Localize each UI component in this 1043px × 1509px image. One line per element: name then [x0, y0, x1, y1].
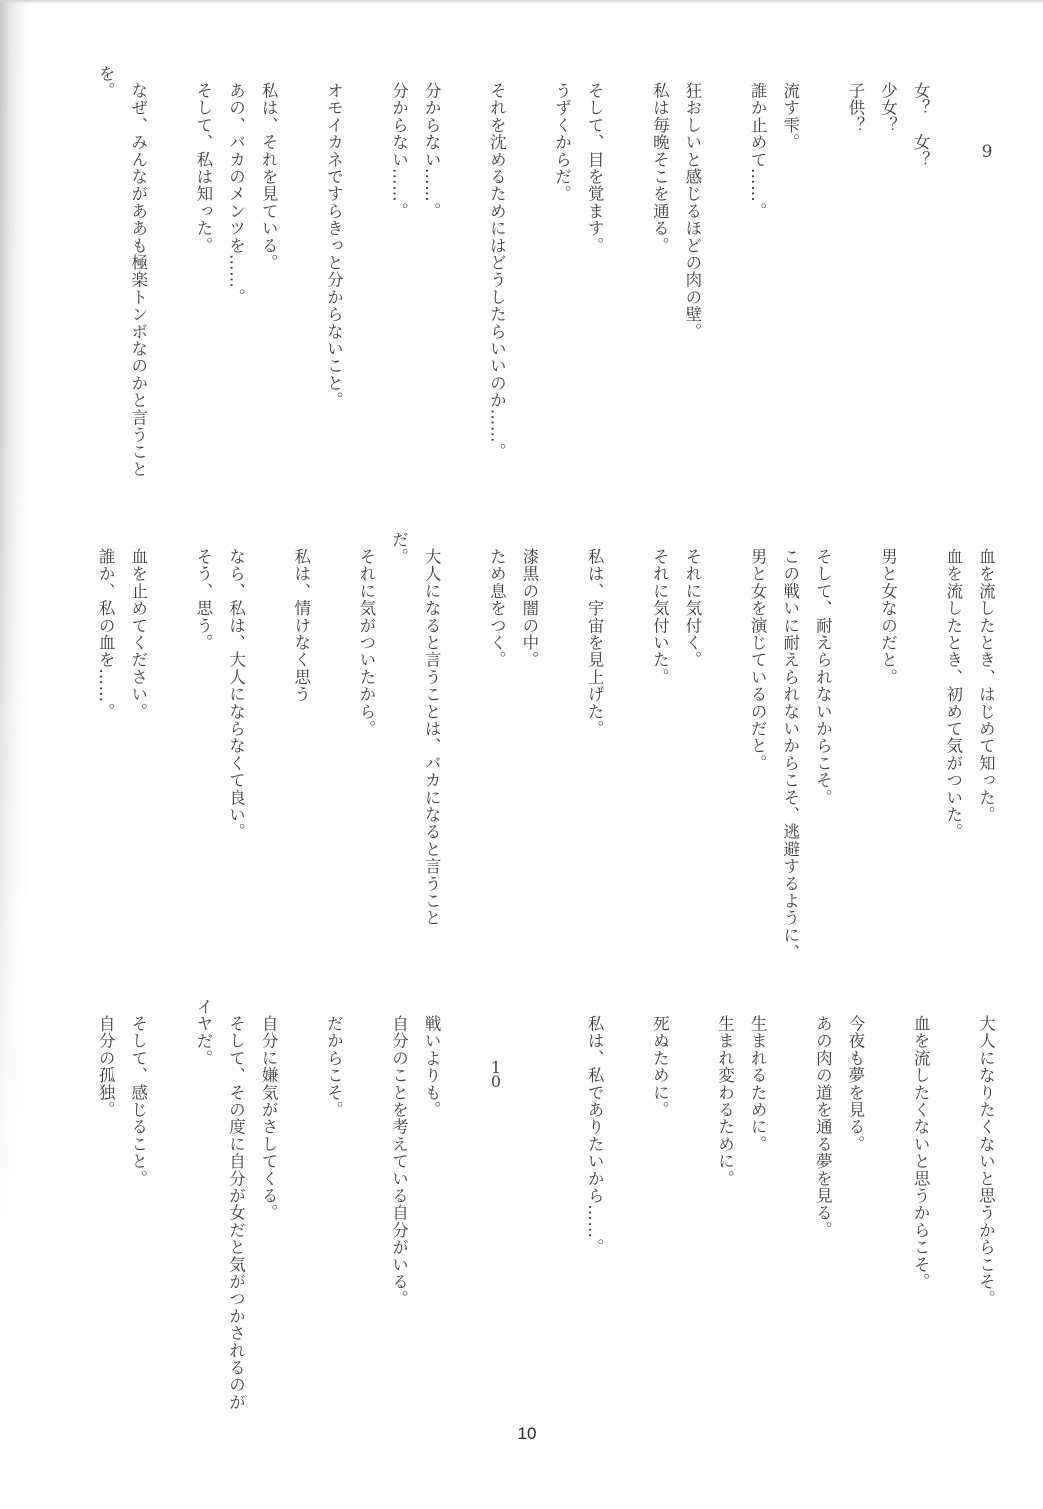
text-line: 大人になると言うことは、バカになると言うこと — [415, 531, 448, 976]
text-line: 分からない……。 — [415, 65, 448, 510]
text-line: それを沈めるためにはどうしたらいいのか……。 — [480, 65, 513, 510]
text-block-upper: 女？ 女？ 少女？ 子供？ 流す雫。 誰か止めて……。 狂おしいと感じるほどの肉… — [89, 65, 1002, 515]
text-line-continuation: を。 — [89, 65, 122, 510]
text-line: 今夜も夢を見る。 — [838, 998, 871, 1443]
text-line: あの、バカのメンツを……。 — [219, 65, 252, 510]
text-block-middle: 血を流したとき、はじめて知った。 血を流したとき、初めて気がついた。 男と女なの… — [89, 531, 1002, 981]
text-line: それに気がついたから。 — [349, 531, 382, 976]
text-line: そして、私は知った。 — [186, 65, 219, 510]
scanned-page: 9 女？ 女？ 少女？ 子供？ 流す雫。 誰か止めて……。 狂おしいと感じるほど… — [0, 0, 1043, 1509]
text-line: そして、耐えられないからこそ。 — [806, 531, 839, 976]
text-line: 分からない……。 — [382, 65, 415, 510]
text-line-continuation: イヤだ。 — [186, 998, 219, 1443]
text-line: なぜ、みんながああも極楽トンボなのかと言うこと — [121, 65, 154, 510]
text-line: そう、思う。 — [186, 531, 219, 976]
text-line: うずくからだ。 — [545, 65, 578, 510]
binding-shadow — [0, 0, 30, 1509]
text-line: 少女？ — [871, 65, 904, 510]
text-line: 狂おしいと感じるほどの肉の壁。 — [675, 65, 708, 510]
top-edge-shadow — [0, 0, 1043, 4]
text-line: 血を流したとき、初めて気がついた。 — [936, 531, 969, 976]
text-line: 自分のことを考えている自分がいる。 — [382, 998, 415, 1443]
text-line: 男と女を演じているのだと。 — [741, 531, 774, 976]
page-number: 10 — [507, 1425, 547, 1442]
text-line: この戦いに耐えられないからこそ、逃避するように、 — [773, 531, 806, 976]
text-line: あの肉の道を通る夢を見る。 — [806, 998, 839, 1443]
text-line: だからこそ。 — [317, 998, 350, 1443]
text-line: オモイカネですらきっと分からないこと。 — [317, 65, 350, 510]
text-line: それに気付く。 — [675, 531, 708, 976]
text-line: 私は、私でありたいから……。 — [578, 998, 611, 1443]
text-line: 男と女なのだと。 — [871, 531, 904, 976]
text-line: 血を止めてください。 — [121, 531, 154, 976]
text-line: 自分に嫌気がさしてくる。 — [252, 998, 285, 1443]
text-line: 私は、それを見ている。 — [252, 65, 285, 510]
text-line: ため息をつく。 — [480, 531, 513, 976]
text-line: 死ぬために。 — [643, 998, 676, 1443]
text-line: そして、感じること。 — [121, 998, 154, 1443]
text-line: そして、その度に自分が女だと気がつかされるのが — [219, 998, 252, 1443]
text-line: 誰か止めて……。 — [741, 65, 774, 510]
text-line: 生まれるために。 — [741, 998, 774, 1443]
text-line: 子供？ — [838, 65, 871, 510]
text-line: 私は、宇宙を見上げた。 — [578, 531, 611, 976]
text-block-lower: 大人になりたくないと思うからこそ。 血を流したくないと思うからこそ。 今夜も夢を… — [89, 998, 1002, 1448]
text-line: 女？ 女？ — [904, 65, 937, 510]
text-line: 私は毎晩そこを通る。 — [643, 65, 676, 510]
text-line: なら、私は、大人にならなくて良い。 — [219, 531, 252, 976]
text-line: 漆黒の闇の中。 — [512, 531, 545, 976]
text-line: 自分の孤独。 — [89, 998, 122, 1443]
text-line: 大人になりたくないと思うからこそ。 — [969, 998, 1002, 1443]
text-line: 血を流したとき、はじめて知った。 — [969, 531, 1002, 976]
text-line: 戦いよりも。 — [415, 998, 448, 1443]
text-line-continuation: だ。 — [382, 531, 415, 976]
text-line: 血を流したくないと思うからこそ。 — [904, 998, 937, 1443]
text-line: 誰か、私の血を……。 — [89, 531, 122, 976]
text-line: 流す雫。 — [773, 65, 806, 510]
text-line: 生まれ変わるために。 — [708, 998, 741, 1443]
text-line: そして、目を覚ます。 — [578, 65, 611, 510]
text-line: それに気付いた。 — [643, 531, 676, 976]
text-line: 私は、情けなく思う — [284, 531, 317, 976]
